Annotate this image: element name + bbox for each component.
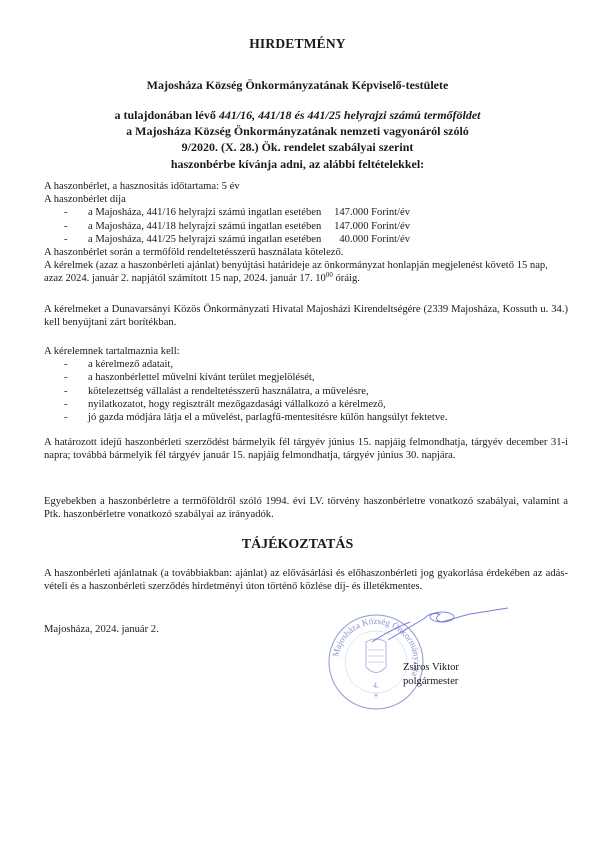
subject-heading: a tulajdonában lévő 441/16, 441/18 és 44… — [0, 107, 595, 172]
requirement-item: -nyilatkozatot, hogy regisztrált mezőgaz… — [44, 398, 568, 411]
subject-line-1: a tulajdonában lévő 441/16, 441/18 és 44… — [0, 107, 595, 123]
usage-note: A haszonbérlet során a termőföld rendelt… — [44, 246, 568, 259]
requirement-item: -a kérelmező adatait, — [44, 358, 568, 371]
stamp-number: 4. — [373, 681, 379, 690]
fee-item: -a Majosháza, 441/16 helyrajzi számú ing… — [44, 206, 568, 219]
subject-line-4: haszonbérbe kívánja adni, az alábbi felt… — [0, 156, 595, 172]
submission-paragraph: A kérelmeket a Dunavarsányi Közös Önkorm… — [44, 303, 568, 329]
termination-paragraph: A határozott idejű haszonbérleti szerződ… — [44, 436, 568, 462]
signer-name: Zsiros Viktor — [403, 661, 459, 675]
subject-line-2: a Majosháza Község Önkormányzatának nemz… — [0, 123, 595, 139]
lease-terms: A haszonbérlet, a hasznosítás időtartama… — [44, 180, 568, 286]
info-paragraph: A haszonbérleti ajánlatnak (a továbbiakb… — [44, 567, 568, 593]
signer-title: polgármester — [403, 675, 459, 689]
signature-icon — [370, 600, 510, 650]
fee-item: -a Majosháza, 441/25 helyrajzi számú ing… — [44, 233, 568, 246]
requirements-section: A kérelemnek tartalmaznia kell: -a kérel… — [44, 345, 568, 424]
fee-list: -a Majosháza, 441/16 helyrajzi számú ing… — [44, 206, 568, 246]
document-page: HIRDETMÉNY Majosháza Község Önkormányzat… — [0, 0, 595, 841]
fee-item: -a Majosháza, 441/18 helyrajzi számú ing… — [44, 220, 568, 233]
star-icon: * — [374, 692, 379, 702]
signer-block: Zsiros Viktor polgármester — [403, 661, 459, 688]
requirement-item: -a haszonbérlettel művelni kívánt terüle… — [44, 371, 568, 384]
requirements-list: -a kérelmező adatait, -a haszonbérlettel… — [44, 358, 568, 424]
lease-duration: A haszonbérlet, a hasznosítás időtartama… — [44, 180, 568, 193]
requirements-heading: A kérelemnek tartalmaznia kell: — [44, 345, 568, 358]
subject-line-3: 9/2020. (X. 28.) Ök. rendelet szabályai … — [0, 139, 595, 155]
requirement-item: -kötelezettség vállalást a rendeltetéssz… — [44, 385, 568, 398]
document-title: HIRDETMÉNY — [0, 36, 595, 52]
fee-amount: 147.000 Forint/év — [280, 220, 410, 233]
deadline-paragraph: A kérelmek (azaz a haszonbérleti ajánlat… — [44, 259, 568, 285]
governing-law-paragraph: Egyebekben a haszonbérletre a termőföldr… — [44, 495, 568, 521]
fee-amount: 40.000 Forint/év — [280, 233, 410, 246]
issuer-heading: Majosháza Község Önkormányzatának Képvis… — [0, 78, 595, 93]
parcel-numbers: 441/16, 441/18 és 441/25 helyrajzi számú… — [219, 108, 481, 122]
fee-amount: 147.000 Forint/év — [280, 206, 410, 219]
requirement-item: -jó gazda módjára látja el a művelést, p… — [44, 411, 568, 424]
info-heading: TÁJÉKOZTATÁS — [0, 537, 595, 553]
fee-heading: A haszonbérlet díja — [44, 193, 568, 206]
